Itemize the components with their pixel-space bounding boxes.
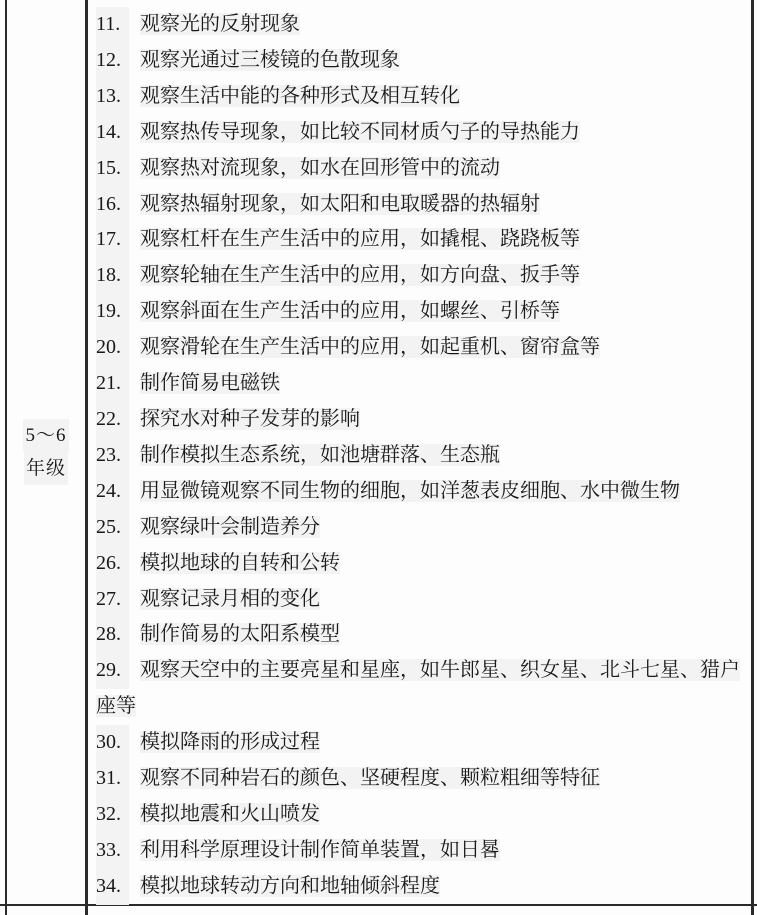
activity-item: 30.模拟降雨的形成过程 <box>96 725 744 761</box>
activity-item-number: 15. <box>96 151 129 187</box>
activity-item: 23.制作模拟生态系统，如池塘群落、生态瓶 <box>96 438 744 474</box>
activity-item: 18.观察轮轴在生产生活中的应用，如方向盘、扳手等 <box>96 258 744 294</box>
activity-item: 26.模拟地球的自转和公转 <box>96 546 744 582</box>
activity-item-text: 观察生活中能的各种形式及相互转化 <box>140 85 460 107</box>
grade-range-label: 5～6 <box>23 419 68 452</box>
activity-item-number: 12. <box>96 43 129 79</box>
activity-item-number: 27. <box>96 582 129 618</box>
activity-item: 17.观察杠杆在生产生活中的应用，如撬棍、跷跷板等 <box>96 222 744 258</box>
activity-item-number: 21. <box>96 366 129 402</box>
activity-item-text: 观察不同种岩石的颜色、坚硬程度、颗粒粗细等特征 <box>140 767 600 789</box>
activity-item-number: 24. <box>96 474 129 510</box>
table-right-border <box>751 0 754 915</box>
activity-item-number: 22. <box>96 402 129 438</box>
activity-item-text: 模拟地球的自转和公转 <box>140 552 340 574</box>
activity-item-text: 观察轮轴在生产生活中的应用，如方向盘、扳手等 <box>140 264 580 286</box>
activity-list: 11.观察光的反射现象12.观察光通过三棱镜的色散现象13.观察生活中能的各种形… <box>96 7 744 905</box>
activity-item-text: 观察滑轮在生产生活中的应用，如起重机、窗帘盒等 <box>140 336 600 358</box>
activity-item-number: 19. <box>96 294 129 330</box>
activity-item: 34.模拟地球转动方向和地轴倾斜程度 <box>96 869 744 905</box>
activity-item: 24.用显微镜观察不同生物的细胞，如洋葱表皮细胞、水中微生物 <box>96 474 744 510</box>
activity-item-text: 模拟地球转动方向和地轴倾斜程度 <box>140 875 440 897</box>
activity-item-text: 观察杠杆在生产生活中的应用，如撬棍、跷跷板等 <box>140 228 580 250</box>
activity-item-text: 观察光的反射现象 <box>140 13 300 35</box>
activity-item-text: 观察热对流现象，如水在回形管中的流动 <box>140 157 500 179</box>
activity-item-text: 制作简易电磁铁 <box>140 372 280 394</box>
activity-item: 32.模拟地震和火山喷发 <box>96 797 744 833</box>
activity-item-text: 制作模拟生态系统，如池塘群落、生态瓶 <box>140 444 500 466</box>
activity-item: 33.利用科学原理设计制作简单装置，如日晷 <box>96 833 744 869</box>
activity-item-text: 观察斜面在生产生活中的应用，如螺丝、引桥等 <box>140 300 560 322</box>
activity-item-text: 探究水对种子发芽的影响 <box>140 408 360 430</box>
activity-item: 29.观察天空中的主要亮星和星座，如牛郎星、织女星、北斗七星、猎户座等 <box>96 653 744 725</box>
activity-item: 20.观察滑轮在生产生活中的应用，如起重机、窗帘盒等 <box>96 330 744 366</box>
scanned-table-page: 5～6 年级 11.观察光的反射现象12.观察光通过三棱镜的色散现象13.观察生… <box>0 0 757 915</box>
activity-item-number: 17. <box>96 222 129 258</box>
activity-item-text: 利用科学原理设计制作简单装置，如日晷 <box>140 839 500 861</box>
activity-item: 27.观察记录月相的变化 <box>96 582 744 618</box>
activity-item: 19.观察斜面在生产生活中的应用，如螺丝、引桥等 <box>96 294 744 330</box>
activity-item-text: 观察天空中的主要亮星和星座，如牛郎星、织女星、北斗七星、猎户座等 <box>96 659 740 717</box>
activities-cell: 11.观察光的反射现象12.观察光通过三棱镜的色散现象13.观察生活中能的各种形… <box>88 0 750 915</box>
activity-item: 16.观察热辐射现象，如太阳和电取暖器的热辐射 <box>96 187 744 223</box>
activity-item: 13.观察生活中能的各种形式及相互转化 <box>96 79 744 115</box>
activity-item-number: 33. <box>96 833 129 869</box>
activity-item-text: 制作简易的太阳系模型 <box>140 623 340 645</box>
activity-item: 22.探究水对种子发芽的影响 <box>96 402 744 438</box>
activity-item: 12.观察光通过三棱镜的色散现象 <box>96 43 744 79</box>
activity-item: 28.制作简易的太阳系模型 <box>96 617 744 653</box>
activity-item-number: 18. <box>96 258 129 294</box>
activity-item: 31.观察不同种岩石的颜色、坚硬程度、颗粒粗细等特征 <box>96 761 744 797</box>
activity-item-number: 23. <box>96 438 129 474</box>
activity-item-text: 观察光通过三棱镜的色散现象 <box>140 49 400 71</box>
activity-item-text: 观察热传导现象，如比较不同材质勺子的导热能力 <box>140 121 580 143</box>
activity-item-text: 观察记录月相的变化 <box>140 588 320 610</box>
activity-item-number: 14. <box>96 115 129 151</box>
activity-item: 21.制作简易电磁铁 <box>96 366 744 402</box>
activity-item: 14.观察热传导现象，如比较不同材质勺子的导热能力 <box>96 115 744 151</box>
activity-item: 11.观察光的反射现象 <box>96 7 744 43</box>
activity-item-number: 16. <box>96 187 129 223</box>
activity-item: 15.观察热对流现象，如水在回形管中的流动 <box>96 151 744 187</box>
activity-item-number: 34. <box>96 869 129 905</box>
activity-item-text: 用显微镜观察不同生物的细胞，如洋葱表皮细胞、水中微生物 <box>140 480 680 502</box>
activity-item-text: 模拟地震和火山喷发 <box>140 803 320 825</box>
activity-item-number: 29. <box>96 653 129 689</box>
activity-item-number: 11. <box>96 7 129 43</box>
activity-item-number: 20. <box>96 330 129 366</box>
activity-item: 25.观察绿叶会制造养分 <box>96 510 744 546</box>
activity-item-number: 25. <box>96 510 129 546</box>
activity-item-number: 28. <box>96 617 129 653</box>
activity-item-text: 观察绿叶会制造养分 <box>140 516 320 538</box>
activity-item-number: 26. <box>96 546 129 582</box>
activity-item-number: 13. <box>96 79 129 115</box>
grade-cell: 5～6 年级 <box>7 0 85 904</box>
activity-item-number: 30. <box>96 725 129 761</box>
activity-item-number: 32. <box>96 797 129 833</box>
activity-item-text: 观察热辐射现象，如太阳和电取暖器的热辐射 <box>140 193 540 215</box>
grade-word-label: 年级 <box>24 452 68 485</box>
activity-item-number: 31. <box>96 761 129 797</box>
activity-item-text: 模拟降雨的形成过程 <box>140 731 320 753</box>
